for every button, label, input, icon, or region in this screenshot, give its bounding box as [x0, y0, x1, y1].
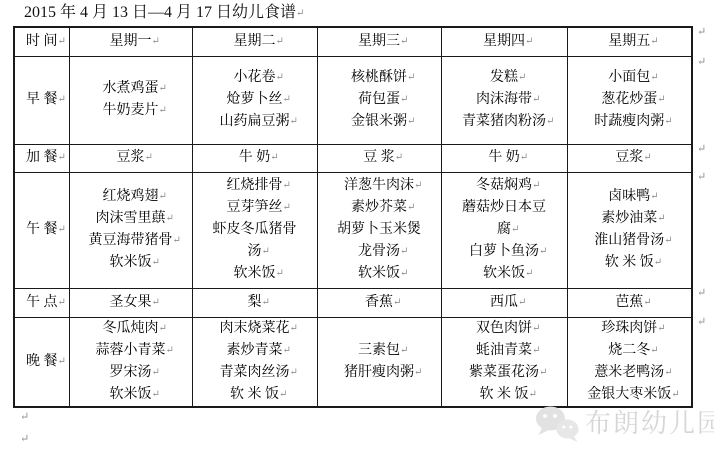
- header-cell-day: 星期五↵: [567, 27, 692, 56]
- menu-item: 软米饭↵: [87, 384, 174, 406]
- menu-item: 软 米 饭↵: [211, 384, 298, 406]
- menu-item: 白萝卜鱼汤↵: [461, 241, 548, 263]
- menu-item: 猪肝瘦肉粥↵: [336, 362, 423, 384]
- header-label: 时 间↵: [15, 31, 69, 53]
- menu-item: 薏米老鸭汤↵: [586, 362, 673, 384]
- menu-cell: 芭蕉↵: [567, 288, 692, 317]
- header-label: 星期三↵: [318, 31, 441, 53]
- menu-item: 蚝油青菜↵: [461, 340, 548, 362]
- row-label: 午 餐↵: [15, 219, 69, 241]
- header-cell-day: 星期二↵: [192, 27, 317, 56]
- row-label: 早 餐↵: [15, 89, 69, 111]
- return-mark-icon: ↵: [20, 434, 29, 445]
- menu-item: 荷包蛋↵: [336, 89, 423, 111]
- menu-item: 软米饭↵: [211, 263, 298, 285]
- menu-item: 小面包↵: [586, 67, 673, 89]
- menu-cell: 豆 浆↵: [317, 144, 441, 172]
- menu-cell: 牛 奶↵: [192, 144, 317, 172]
- page-title-text: 2015 年 4 月 13 日—4 月 17 日幼儿食谱: [24, 4, 296, 21]
- menu-item: 肉沫海带↵: [461, 89, 548, 111]
- menu-cell: 核桃酥饼↵荷包蛋↵金银米粥↵: [317, 56, 441, 144]
- menu-item: 圣女果↵: [87, 292, 174, 314]
- menu-cell: 双色肉饼↵蚝油青菜↵紫菜蛋花汤↵软 米 饭↵: [441, 317, 567, 407]
- menu-item: 核桃酥饼↵: [336, 67, 423, 89]
- return-mark-icon: ↵: [697, 172, 706, 183]
- menu-item: 素炒油菜↵: [586, 208, 673, 230]
- menu-row: 午 餐↵红烧鸡翅↵肉沫雪里蕻↵黄豆海带猪骨↵软米饭↵红烧排骨↵豆芽笋丝↵虾皮冬瓜…: [14, 172, 692, 288]
- menu-item: 虾皮冬瓜猪骨汤↵: [211, 219, 298, 263]
- menu-item: 素炒青菜↵: [211, 340, 298, 362]
- menu-cell: 小花卷↵炝萝卜丝↵山药扁豆粥↵: [192, 56, 317, 144]
- menu-row: 晚 餐↵冬瓜炖肉↵蒜蓉小青菜↵罗宋汤↵软米饭↵肉末烧菜花↵素炒青菜↵青菜肉丝汤↵…: [14, 317, 692, 407]
- menu-cell: 洋葱牛肉沫↵素炒芥菜↵胡萝卜玉米煲龙骨汤↵软米饭↵: [317, 172, 441, 288]
- menu-cell: 发糕↵肉沫海带↵青菜猪肉粉汤↵: [441, 56, 567, 144]
- header-cell-day: 星期一↵: [69, 27, 192, 56]
- menu-cell: 香蕉↵: [317, 288, 441, 317]
- return-mark-icon: ↵: [697, 288, 706, 299]
- header-cell-time: 时 间↵: [14, 27, 69, 56]
- menu-item: 洋葱牛肉沫↵: [336, 175, 423, 197]
- menu-item: 紫菜蛋花汤↵: [461, 362, 548, 384]
- menu-item: 肉沫雪里蕻↵: [87, 208, 174, 230]
- menu-cell: 红烧鸡翅↵肉沫雪里蕻↵黄豆海带猪骨↵软米饭↵: [69, 172, 192, 288]
- menu-cell: 三素包↵猪肝瘦肉粥↵: [317, 317, 441, 407]
- menu-item: 香蕉↵: [336, 292, 423, 314]
- menu-cell: 西瓜↵: [441, 288, 567, 317]
- row-label: 晚 餐↵: [15, 351, 69, 373]
- menu-item: 豆浆↵: [586, 147, 673, 169]
- menu-item: 黄豆海带猪骨↵: [87, 230, 174, 252]
- menu-item: 西瓜↵: [461, 292, 548, 314]
- watermark-text: 布朗幼儿园: [585, 404, 714, 444]
- menu-cell: 冬菇焖鸡↵蘑菇炒日本豆腐↵白萝卜鱼汤↵软米饭↵: [441, 172, 567, 288]
- menu-item: 芭蕉↵: [586, 292, 673, 314]
- header-label: 星期二↵: [193, 31, 317, 53]
- menu-cell: 水煮鸡蛋↵牛奶麦片↵: [69, 56, 192, 144]
- menu-cell: 豆浆↵: [69, 144, 192, 172]
- return-mark-icon: ↵: [697, 144, 706, 155]
- menu-cell: 圣女果↵: [69, 288, 192, 317]
- menu-item: 发糕↵: [461, 67, 548, 89]
- menu-item: 软米饭↵: [336, 263, 423, 285]
- menu-item: 水煮鸡蛋↵: [87, 78, 174, 100]
- menu-item: 梨↵: [211, 292, 298, 314]
- menu-item: 豆芽笋丝↵: [211, 197, 298, 219]
- header-label: 星期一↵: [70, 31, 192, 53]
- row-label: 加 餐↵: [15, 147, 69, 169]
- header-label: 星期四↵: [442, 31, 567, 53]
- menu-item: 豆浆↵: [87, 147, 174, 169]
- menu-item: 蘑菇炒日本豆腐↵: [461, 197, 548, 241]
- menu-cell: 牛 奶↵: [441, 144, 567, 172]
- menu-item: 红烧排骨↵: [211, 175, 298, 197]
- menu-item: 胡萝卜玉米煲龙骨汤↵: [336, 219, 423, 263]
- menu-item: 淮山猪骨汤↵: [586, 230, 673, 252]
- row-label-cell: 午 餐↵: [14, 172, 69, 288]
- menu-item: 时蔬瘦肉粥↵: [586, 111, 673, 133]
- menu-item: 青菜肉丝汤↵: [211, 362, 298, 384]
- row-label-cell: 午 点↵: [14, 288, 69, 317]
- menu-item: 红烧鸡翅↵: [87, 186, 174, 208]
- row-label: 午 点↵: [15, 292, 69, 314]
- menu-item: 卤味鸭↵: [586, 186, 673, 208]
- menu-item: 软米饭↵: [461, 263, 548, 285]
- menu-item: 珍珠肉饼↵: [586, 318, 673, 340]
- menu-row: 加 餐↵豆浆↵牛 奶↵豆 浆↵牛 奶↵豆浆↵: [14, 144, 692, 172]
- menu-item: 小花卷↵: [211, 67, 298, 89]
- header-cell-day: 星期四↵: [441, 27, 567, 56]
- menu-item: 牛 奶↵: [211, 147, 298, 169]
- menu-item: 烧二冬↵: [586, 340, 673, 362]
- menu-item: 三素包↵: [336, 340, 423, 362]
- menu-item: 金银大枣米饭↵: [586, 384, 673, 406]
- return-mark-icon: ↵: [697, 57, 706, 68]
- menu-item: 冬菇焖鸡↵: [461, 175, 548, 197]
- menu-item: 双色肉饼↵: [461, 318, 548, 340]
- return-mark-icon: ↵: [697, 27, 706, 38]
- menu-item: 青菜猪肉粉汤↵: [461, 111, 548, 133]
- menu-cell: 梨↵: [192, 288, 317, 317]
- row-label-cell: 早 餐↵: [14, 56, 69, 144]
- menu-cell: 冬瓜炖肉↵蒜蓉小青菜↵罗宋汤↵软米饭↵: [69, 317, 192, 407]
- wechat-logo-icon: [534, 404, 580, 444]
- menu-item: 软米饭↵: [87, 252, 174, 274]
- header-cell-day: 星期三↵: [317, 27, 441, 56]
- menu-item: 山药扁豆粥↵: [211, 111, 298, 133]
- menu-cell: 小面包↵葱花炒蛋↵时蔬瘦肉粥↵: [567, 56, 692, 144]
- menu-cell: 珍珠肉饼↵烧二冬↵薏米老鸭汤↵金银大枣米饭↵: [567, 317, 692, 407]
- menu-item: 冬瓜炖肉↵: [87, 318, 174, 340]
- menu-cell: 红烧排骨↵豆芽笋丝↵虾皮冬瓜猪骨汤↵软米饭↵: [192, 172, 317, 288]
- menu-item: 牛奶麦片↵: [87, 100, 174, 122]
- row-label-cell: 晚 餐↵: [14, 317, 69, 407]
- watermark: 布朗幼儿园: [534, 404, 714, 444]
- menu-item: 金银米粥↵: [336, 111, 423, 133]
- menu-table-body: 早 餐↵水煮鸡蛋↵牛奶麦片↵小花卷↵炝萝卜丝↵山药扁豆粥↵核桃酥饼↵荷包蛋↵金银…: [14, 56, 692, 407]
- menu-item: 素炒芥菜↵: [336, 197, 423, 219]
- menu-item: 炝萝卜丝↵: [211, 89, 298, 111]
- header-label: 星期五↵: [568, 31, 692, 53]
- menu-row: 早 餐↵水煮鸡蛋↵牛奶麦片↵小花卷↵炝萝卜丝↵山药扁豆粥↵核桃酥饼↵荷包蛋↵金银…: [14, 56, 692, 144]
- menu-item: 葱花炒蛋↵: [586, 89, 673, 111]
- menu-cell: 肉末烧菜花↵素炒青菜↵青菜肉丝汤↵软 米 饭↵: [192, 317, 317, 407]
- return-mark-icon: ↵: [697, 317, 706, 328]
- menu-item: 蒜蓉小青菜↵: [87, 340, 174, 362]
- document-page: 2015 年 4 月 13 日—4 月 17 日幼儿食谱↵ 时 间↵星期一↵星期…: [0, 0, 714, 458]
- return-mark-icon: ↵: [20, 412, 29, 423]
- menu-cell: 卤味鸭↵素炒油菜↵淮山猪骨汤↵软 米 饭↵: [567, 172, 692, 288]
- menu-item: 软 米 饭↵: [586, 252, 673, 274]
- header-row: 时 间↵星期一↵星期二↵星期三↵星期四↵星期五↵: [14, 27, 692, 56]
- page-title: 2015 年 4 月 13 日—4 月 17 日幼儿食谱↵: [24, 3, 296, 24]
- menu-table: 时 间↵星期一↵星期二↵星期三↵星期四↵星期五↵ 早 餐↵水煮鸡蛋↵牛奶麦片↵小…: [13, 26, 693, 408]
- menu-row: 午 点↵圣女果↵梨↵香蕉↵西瓜↵芭蕉↵: [14, 288, 692, 317]
- menu-cell: 豆浆↵: [567, 144, 692, 172]
- menu-item: 软 米 饭↵: [461, 384, 548, 406]
- menu-item: 肉末烧菜花↵: [211, 318, 298, 340]
- menu-item: 牛 奶↵: [461, 147, 548, 169]
- menu-item: 豆 浆↵: [336, 147, 423, 169]
- menu-item: 罗宋汤↵: [87, 362, 174, 384]
- row-label-cell: 加 餐↵: [14, 144, 69, 172]
